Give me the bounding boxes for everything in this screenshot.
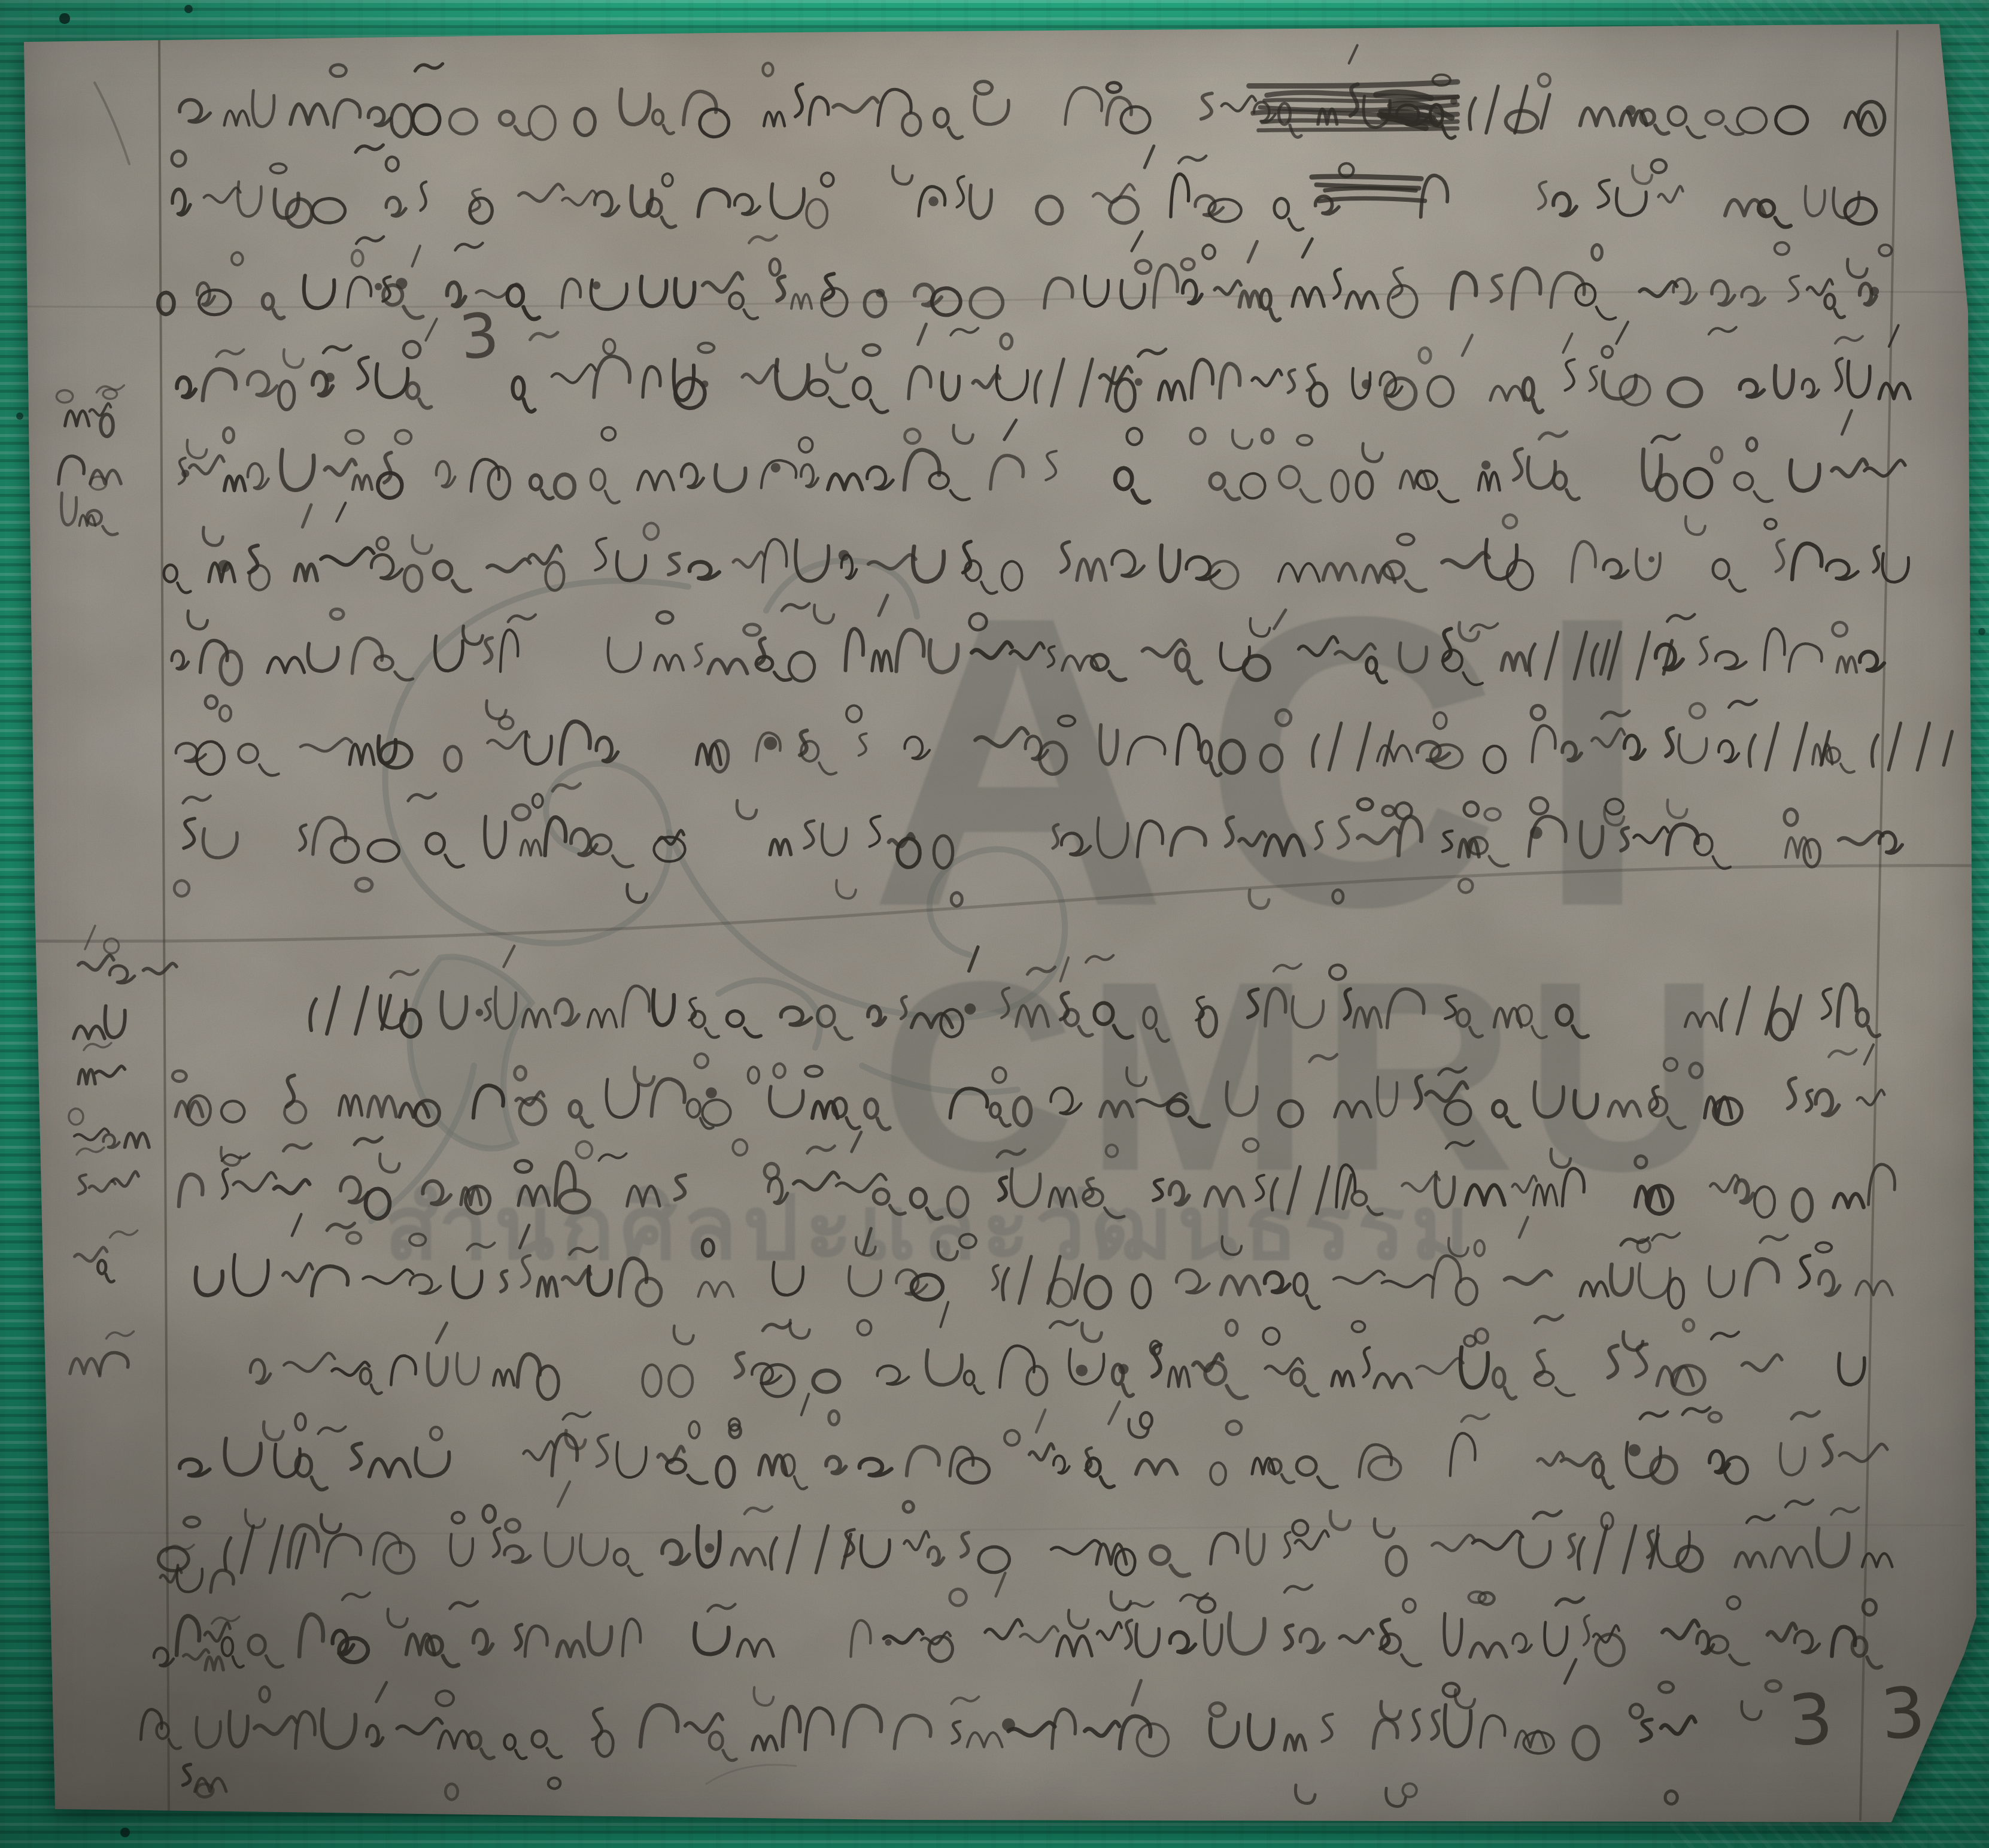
paper-shadow-wrap: ACI CMRU สำนักศิลปะและวัฒนธรรม 3 3 3	[0, 0, 1989, 1848]
paper-edge-shading	[0, 0, 1989, 1848]
manuscript-photo: ACI CMRU สำนักศิลปะและวัฒนธรรม 3 3 3	[0, 0, 1989, 1848]
manuscript-page: ACI CMRU สำนักศิลปะและวัฒนธรรม 3 3 3	[0, 0, 1989, 1848]
